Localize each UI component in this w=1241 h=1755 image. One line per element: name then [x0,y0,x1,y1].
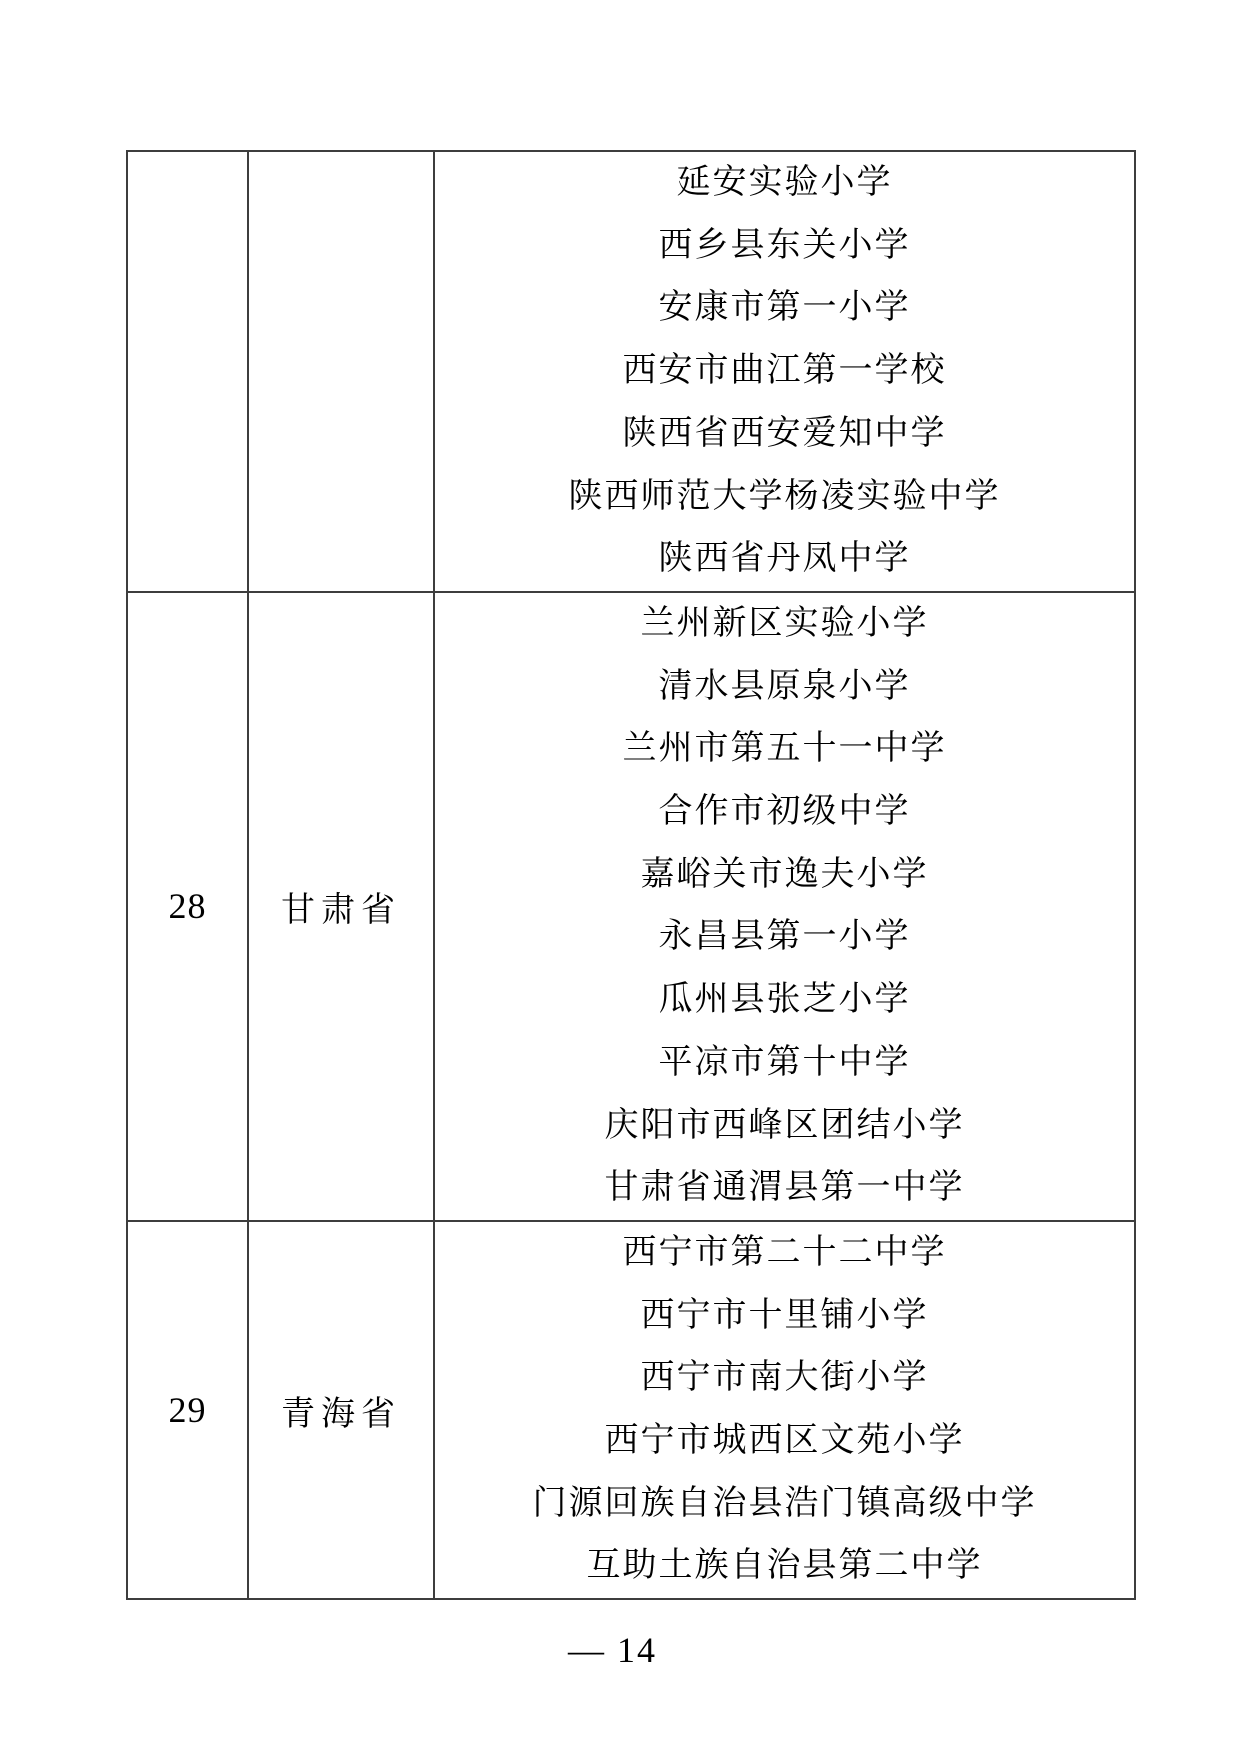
school-name: 合作市初级中学 [435,781,1134,844]
school-name: 兰州新区实验小学 [435,593,1134,656]
table-row: 29青海省西宁市第二十二中学西宁市十里铺小学西宁市南大街小学西宁市城西区文苑小学… [127,1221,1135,1599]
school-name: 陕西师范大学杨凌实验中学 [435,466,1134,529]
row-number [127,151,248,592]
table-row: 28甘肃省兰州新区实验小学清水县原泉小学兰州市第五十一中学合作市初级中学嘉峪关市… [127,592,1135,1221]
school-name: 瓜州县张芝小学 [435,969,1134,1032]
school-name: 平凉市第十中学 [435,1032,1134,1095]
school-name: 陕西省丹凤中学 [435,528,1134,591]
school-name: 西乡县东关小学 [435,215,1134,278]
document-page: 延安实验小学西乡县东关小学安康市第一小学西安市曲江第一学校陕西省西安爱知中学陕西… [0,0,1241,1755]
schools-cell: 延安实验小学西乡县东关小学安康市第一小学西安市曲江第一学校陕西省西安爱知中学陕西… [434,151,1135,592]
school-name: 甘肃省通渭县第一中学 [435,1157,1134,1220]
school-name: 安康市第一小学 [435,277,1134,340]
school-name: 庆阳市西峰区团结小学 [435,1095,1134,1158]
row-number: 28 [127,592,248,1221]
school-name: 西宁市第二十二中学 [435,1222,1134,1285]
province-name [248,151,434,592]
province-name: 青海省 [248,1221,434,1599]
school-name: 清水县原泉小学 [435,656,1134,719]
school-name: 西宁市城西区文苑小学 [435,1410,1134,1473]
school-name: 兰州市第五十一中学 [435,718,1134,781]
schools-cell: 西宁市第二十二中学西宁市十里铺小学西宁市南大街小学西宁市城西区文苑小学门源回族自… [434,1221,1135,1599]
school-name: 西安市曲江第一学校 [435,340,1134,403]
table-row: 延安实验小学西乡县东关小学安康市第一小学西安市曲江第一学校陕西省西安爱知中学陕西… [127,151,1135,592]
row-number: 29 [127,1221,248,1599]
school-name: 门源回族自治县浩门镇高级中学 [435,1473,1134,1536]
school-name: 永昌县第一小学 [435,906,1134,969]
school-name: 陕西省西安爱知中学 [435,403,1134,466]
school-table: 延安实验小学西乡县东关小学安康市第一小学西安市曲江第一学校陕西省西安爱知中学陕西… [126,150,1136,1600]
school-name: 西宁市南大街小学 [435,1347,1134,1410]
school-name: 西宁市十里铺小学 [435,1285,1134,1348]
province-name: 甘肃省 [248,592,434,1221]
school-name: 嘉峪关市逸夫小学 [435,844,1134,907]
page-number: — 14 [568,1628,657,1672]
school-name: 互助土族自治县第二中学 [435,1535,1134,1598]
schools-cell: 兰州新区实验小学清水县原泉小学兰州市第五十一中学合作市初级中学嘉峪关市逸夫小学永… [434,592,1135,1221]
school-name: 延安实验小学 [435,152,1134,215]
